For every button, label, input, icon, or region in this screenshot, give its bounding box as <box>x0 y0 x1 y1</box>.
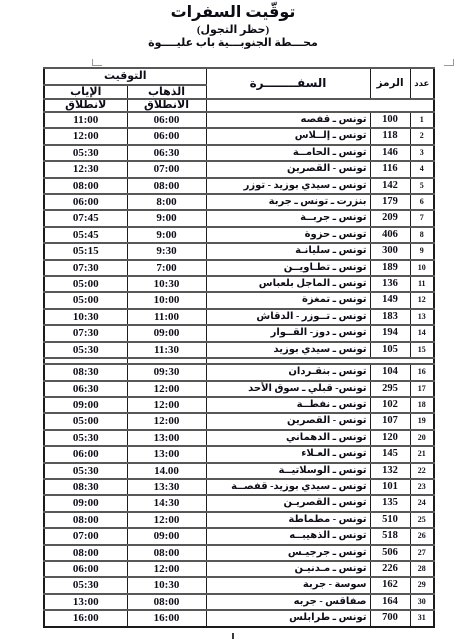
table-row: 22132تونس ـ الوسلاتيــة14.0005:30 <box>44 463 434 479</box>
row-number: 8 <box>410 227 434 243</box>
departure-time: 9:00 <box>127 210 206 226</box>
route-code: 179 <box>370 194 410 210</box>
departure-time: 13:00 <box>127 446 206 462</box>
departure-time: 11:00 <box>127 309 206 325</box>
document-title-block: توقّيت السفرات (حظر التجول) محـــطة الجن… <box>0 0 466 49</box>
return-time: 08:30 <box>44 479 127 495</box>
header-empty-cell <box>206 99 434 112</box>
departure-time: 09:00 <box>127 528 206 544</box>
row-number: 9 <box>410 243 434 259</box>
row-number: 2 <box>410 128 434 144</box>
departure-time: 9:00 <box>127 227 206 243</box>
route-name: تونس ـ تطـاويــن <box>206 260 370 276</box>
document-title: توقّيت السفرات <box>0 4 466 22</box>
return-time: 08:30 <box>44 364 127 380</box>
departure-time: 09:00 <box>127 325 206 341</box>
row-number: 29 <box>410 577 434 593</box>
row-number: 23 <box>410 479 434 495</box>
return-time: 07:00 <box>44 528 127 544</box>
table-row: 9300تونس ـ سليانـة9:3005:15 <box>44 243 434 259</box>
return-time: 08:00 <box>44 178 127 194</box>
timetable-body: 1100تونس ـ قفصه06:0011:002118تونس ـ إلــ… <box>44 112 434 627</box>
departure-time: 12:00 <box>127 512 206 528</box>
table-row: 2118تونس ـ إلــلاس06:0012:00 <box>44 128 434 144</box>
header-outbound-departure: الانطلاق <box>127 99 206 112</box>
route-name: تونس ـ سيدي بوزيد- قفصــة <box>206 479 370 495</box>
route-name: تونس ـ قفصه <box>206 112 370 128</box>
route-code: 295 <box>370 381 410 397</box>
departure-time: 14:30 <box>127 495 206 511</box>
row-number: 13 <box>410 309 434 325</box>
header-count: عدد <box>410 68 434 99</box>
header-timing: التوقيت <box>44 68 206 85</box>
route-name: تونس ـ جرجيـس <box>206 545 370 561</box>
table-handle-mark-left <box>92 59 102 66</box>
row-number: 27 <box>410 545 434 561</box>
route-code: 518 <box>370 528 410 544</box>
row-number: 14 <box>410 325 434 341</box>
table-row: 4116تونس - القصرين07:0012:30 <box>44 161 434 177</box>
return-time: 12:30 <box>44 161 127 177</box>
route-name: تونس ـ إلــلاس <box>206 128 370 144</box>
route-name: تونس ـ مـدنيـن <box>206 561 370 577</box>
return-time: 10:30 <box>44 309 127 325</box>
route-code: 142 <box>370 178 410 194</box>
route-code: 135 <box>370 495 410 511</box>
table-row: 24135تونس ـ القصريـن14:3009:00 <box>44 495 434 511</box>
route-code: 101 <box>370 479 410 495</box>
departure-time: 10:30 <box>127 577 206 593</box>
departure-time: 08:00 <box>127 545 206 561</box>
return-time: 07:45 <box>44 210 127 226</box>
table-row: 26518تونس ـ الذهيبــه09:0007:00 <box>44 528 434 544</box>
row-number: 15 <box>410 342 434 358</box>
return-time: 05:30 <box>44 463 127 479</box>
return-time: 05:30 <box>44 145 127 161</box>
document-subtitle: (حظر التجول) <box>0 24 466 36</box>
route-code: 116 <box>370 161 410 177</box>
route-code: 105 <box>370 342 410 358</box>
page-artifact-mark <box>232 633 234 639</box>
row-number: 1 <box>410 112 434 128</box>
row-number: 5 <box>410 178 434 194</box>
return-time: 05:45 <box>44 227 127 243</box>
table-row: 7209تونس ـ جربــة9:0007:45 <box>44 210 434 226</box>
route-name: تونس ـ تمغزة <box>206 292 370 308</box>
row-number: 11 <box>410 276 434 292</box>
return-time: 05:15 <box>44 243 127 259</box>
return-time: 06:30 <box>44 381 127 397</box>
route-name: تونس ـ سيدي بوزيد <box>206 342 370 358</box>
header-row-subs: الانطلاق لانطلاق <box>44 99 434 112</box>
table-row: 19107تونس - القصرين12:0005:00 <box>44 413 434 429</box>
row-number: 10 <box>410 260 434 276</box>
departure-time: 12:00 <box>127 381 206 397</box>
return-time: 16:00 <box>44 610 127 626</box>
return-time: 09:00 <box>44 397 127 413</box>
row-number: 17 <box>410 381 434 397</box>
table-row: 11136تونس ـ الماجل بلعباس10:3005:00 <box>44 276 434 292</box>
return-time: 07:30 <box>44 260 127 276</box>
departure-time: 13:30 <box>127 479 206 495</box>
table-row: 1100تونس ـ قفصه06:0011:00 <box>44 112 434 128</box>
table-row: 16104تونس ـ بنقـردان09:3008:30 <box>44 364 434 380</box>
route-code: 107 <box>370 413 410 429</box>
row-number: 24 <box>410 495 434 511</box>
route-code: 194 <box>370 325 410 341</box>
header-return: الإياب <box>44 85 127 99</box>
table-row: 13183تونس ـ تــوزر - الدقاش11:0010:30 <box>44 309 434 325</box>
timetable-header: عدد الرمز السفــــــــرة التوقيت الذهاب … <box>44 68 434 112</box>
route-name: تونس ـ نفطــة <box>206 397 370 413</box>
route-code: 149 <box>370 292 410 308</box>
table-row: 27506تونس ـ جرجيـس08:0008:00 <box>44 545 434 561</box>
table-row: 30164صفاقس - جربه08:0013:00 <box>44 594 434 610</box>
table-row: 31700تونس ـ طرابلس16:0016:00 <box>44 610 434 626</box>
table-row: 29162سوسة - جربة10:3005:30 <box>44 577 434 593</box>
departure-time: 7:00 <box>127 260 206 276</box>
return-time: 05:00 <box>44 276 127 292</box>
route-code: 510 <box>370 512 410 528</box>
departure-time: 16:00 <box>127 610 206 626</box>
route-name: تونس ـ الوسلاتيــة <box>206 463 370 479</box>
route-name: تونس ـ القصريـن <box>206 495 370 511</box>
row-number: 26 <box>410 528 434 544</box>
table-row: 18102تونس ـ نفطــة12:0009:00 <box>44 397 434 413</box>
return-time: 08:00 <box>44 545 127 561</box>
departure-time: 10:30 <box>127 276 206 292</box>
departure-time: 10:00 <box>127 292 206 308</box>
station-name: محـــطة الجنوبـــية باب عليــــوة <box>0 37 466 49</box>
table-row: 17295تونس- قبلي ـ سوق الأحد12:0006:30 <box>44 381 434 397</box>
row-number: 3 <box>410 145 434 161</box>
route-code: 118 <box>370 128 410 144</box>
route-code: 700 <box>370 610 410 626</box>
route-name: تونس ـ العـلاء <box>206 446 370 462</box>
return-time: 06:00 <box>44 446 127 462</box>
table-row: 8406تونس ـ حزوة9:0005:45 <box>44 227 434 243</box>
return-time: 05:30 <box>44 577 127 593</box>
route-name: تونس ـ حزوة <box>206 227 370 243</box>
route-code: 209 <box>370 210 410 226</box>
row-number: 31 <box>410 610 434 626</box>
departure-time: 8:00 <box>127 194 206 210</box>
departure-time: 14.00 <box>127 463 206 479</box>
header-row-top: عدد الرمز السفــــــــرة التوقيت <box>44 68 434 85</box>
departure-time: 13:00 <box>127 430 206 446</box>
route-name: تونس - القصرين <box>206 413 370 429</box>
return-time: 06:00 <box>44 194 127 210</box>
table-row: 25510تونس - مطماطة12:0008:00 <box>44 512 434 528</box>
header-outbound: الذهاب <box>127 85 206 99</box>
route-code: 506 <box>370 545 410 561</box>
row-number: 6 <box>410 194 434 210</box>
departure-time: 08:00 <box>127 178 206 194</box>
route-code: 102 <box>370 397 410 413</box>
return-time: 05:00 <box>44 292 127 308</box>
route-code: 183 <box>370 309 410 325</box>
row-number: 12 <box>410 292 434 308</box>
row-number: 20 <box>410 430 434 446</box>
route-code: 136 <box>370 276 410 292</box>
table-row: 6179بنزرت ـ تونس ـ جربة8:0006:00 <box>44 194 434 210</box>
route-code: 164 <box>370 594 410 610</box>
route-name: تونس - القصرين <box>206 161 370 177</box>
route-code: 300 <box>370 243 410 259</box>
route-code: 100 <box>370 112 410 128</box>
departure-time: 08:00 <box>127 594 206 610</box>
route-name: تونس ـ تــوزر - الدقاش <box>206 309 370 325</box>
route-name: تونس ـ جربــة <box>206 210 370 226</box>
row-number: 28 <box>410 561 434 577</box>
departure-time: 06:00 <box>127 112 206 128</box>
departure-time: 06:30 <box>127 145 206 161</box>
table-handle-mark-right <box>444 59 454 66</box>
table-row: 3146تونس ـ الحامــة06:3005:30 <box>44 145 434 161</box>
route-name: تونس ـ سليانـة <box>206 243 370 259</box>
document-page: توقّيت السفرات (حظر التجول) محـــطة الجن… <box>0 0 466 641</box>
row-number: 16 <box>410 364 434 380</box>
table-row: 14194تونس ـ دوز- القــوار09:0007:30 <box>44 325 434 341</box>
departure-time: 11:30 <box>127 342 206 358</box>
route-name: تونس - مطماطة <box>206 512 370 528</box>
row-number: 22 <box>410 463 434 479</box>
table-row: 10189تونس ـ تطـاويــن7:0007:30 <box>44 260 434 276</box>
departure-timetable: عدد الرمز السفــــــــرة التوقيت الذهاب … <box>43 67 435 628</box>
table-row: 5142تونس ـ سيدي بوزيد - توزر08:0008:00 <box>44 178 434 194</box>
departure-time: 07:00 <box>127 161 206 177</box>
route-code: 162 <box>370 577 410 593</box>
row-number: 4 <box>410 161 434 177</box>
table-row: 12149تونس ـ تمغزة10:0005:00 <box>44 292 434 308</box>
row-number: 21 <box>410 446 434 462</box>
row-number: 25 <box>410 512 434 528</box>
route-code: 226 <box>370 561 410 577</box>
return-time: 06:00 <box>44 561 127 577</box>
route-name: تونس ـ الحامــة <box>206 145 370 161</box>
row-number: 7 <box>410 210 434 226</box>
route-code: 145 <box>370 446 410 462</box>
departure-time: 9:30 <box>127 243 206 259</box>
row-number: 18 <box>410 397 434 413</box>
route-name: تونس ـ الذهيبــه <box>206 528 370 544</box>
table-row: 28226تونس ـ مـدنيـن12:0006:00 <box>44 561 434 577</box>
departure-time: 12:00 <box>127 413 206 429</box>
return-time: 11:00 <box>44 112 127 128</box>
row-number: 19 <box>410 413 434 429</box>
return-time: 05:30 <box>44 342 127 358</box>
return-time: 05:30 <box>44 430 127 446</box>
table-row: 23101تونس ـ سيدي بوزيد- قفصــة13:3008:30 <box>44 479 434 495</box>
route-code: 104 <box>370 364 410 380</box>
route-name: تونس ـ دوز- القــوار <box>206 325 370 341</box>
row-number: 30 <box>410 594 434 610</box>
departure-time: 06:00 <box>127 128 206 144</box>
route-name: تونس ـ طرابلس <box>206 610 370 626</box>
return-time: 05:00 <box>44 413 127 429</box>
route-name: تونس- قبلي ـ سوق الأحد <box>206 381 370 397</box>
route-name: بنزرت ـ تونس ـ جربة <box>206 194 370 210</box>
header-trip: السفــــــــرة <box>206 68 370 99</box>
header-return-departure: لانطلاق <box>44 99 127 112</box>
departure-time: 12:00 <box>127 397 206 413</box>
route-name: تونس ـ الدهماني <box>206 430 370 446</box>
route-name: سوسة - جربة <box>206 577 370 593</box>
return-time: 13:00 <box>44 594 127 610</box>
header-code: الرمز <box>370 68 410 99</box>
route-code: 406 <box>370 227 410 243</box>
route-name: تونس ـ الماجل بلعباس <box>206 276 370 292</box>
route-code: 132 <box>370 463 410 479</box>
return-time: 07:30 <box>44 325 127 341</box>
return-time: 09:00 <box>44 495 127 511</box>
route-name: صفاقس - جربه <box>206 594 370 610</box>
table-row: 15105تونس ـ سيدي بوزيد11:3005:30 <box>44 342 434 358</box>
departure-time: 12:00 <box>127 561 206 577</box>
departure-time: 09:30 <box>127 364 206 380</box>
route-code: 146 <box>370 145 410 161</box>
route-code: 120 <box>370 430 410 446</box>
table-row: 20120تونس ـ الدهماني13:0005:30 <box>44 430 434 446</box>
return-time: 12:00 <box>44 128 127 144</box>
return-time: 08:00 <box>44 512 127 528</box>
route-name: تونس ـ سيدي بوزيد - توزر <box>206 178 370 194</box>
table-row: 21145تونس ـ العـلاء13:0006:00 <box>44 446 434 462</box>
route-code: 189 <box>370 260 410 276</box>
route-name: تونس ـ بنقـردان <box>206 364 370 380</box>
